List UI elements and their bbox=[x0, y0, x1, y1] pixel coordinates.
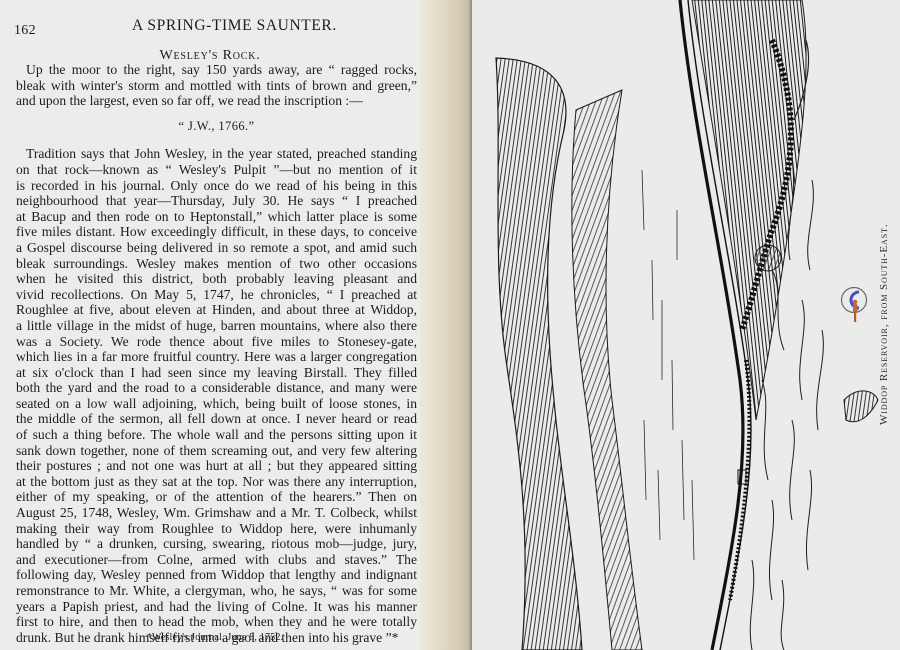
text-line: and executioner—from Colne, armed with c… bbox=[16, 552, 417, 568]
paragraph-2: Tradition says that John Wesley, in the … bbox=[16, 146, 417, 645]
footnote: *Wesley's Journal, June 8, 1752. bbox=[0, 632, 430, 643]
text-line: on that rock—known as “ Wesley's Pulpit … bbox=[16, 162, 417, 178]
text-line: following day, Wesley penned from Widdop… bbox=[16, 567, 417, 583]
text-line: at Bacup and then rode on to Heptonstall… bbox=[16, 209, 417, 225]
cursor-marker-icon bbox=[840, 286, 868, 330]
text-line: of such a thing before. The whole wall a… bbox=[16, 427, 417, 443]
text-line: first to hire, and then to head the mob,… bbox=[16, 614, 417, 630]
text-line: handled by “ a drunken, cursing, swearin… bbox=[16, 536, 417, 552]
text-line: vivid recollections. On May 5, 1747, he … bbox=[16, 287, 417, 303]
body-text: Up the moor to the right, say 150 yards … bbox=[16, 62, 417, 645]
left-page: 162 A SPRING-TIME SAUNTER. Wesley's Rock… bbox=[0, 0, 430, 650]
text-line: Tradition says that John Wesley, in the … bbox=[16, 146, 417, 162]
text-line: at the bottom just as they sat at the to… bbox=[16, 474, 417, 490]
text-line: at six o'clock than I had seen since my … bbox=[16, 365, 417, 381]
text-line: their postures ; and not one was hurt at… bbox=[16, 458, 417, 474]
text-line: Up the moor to the right, say 150 yards … bbox=[16, 62, 417, 78]
text-line: neighbourhood that year—Thursday, July 3… bbox=[16, 193, 417, 209]
text-line: remonstrance to Mr. White, a clergyman, … bbox=[16, 583, 417, 599]
text-line: making their way from Roughlee to Widdop… bbox=[16, 521, 417, 537]
text-line: a little village in the midst of huge, b… bbox=[16, 318, 417, 334]
text-line: the middle of the sermon, all fell down … bbox=[16, 411, 417, 427]
reservoir-engraving-illustration bbox=[472, 0, 900, 650]
right-page bbox=[472, 0, 900, 650]
text-line: and upon the largest, even so far off, w… bbox=[16, 93, 417, 109]
running-title: A SPRING-TIME SAUNTER. bbox=[132, 17, 337, 35]
text-line: both the yard and the road to a consider… bbox=[16, 380, 417, 396]
text-line: was a Society. We rode thence about five… bbox=[16, 334, 417, 350]
text-line: a Gospel discourse being delivered in so… bbox=[16, 240, 417, 256]
text-line: Roughlee at five, about eleven at Hinden… bbox=[16, 302, 417, 318]
text-line: is recorded in his journal. Only once do… bbox=[16, 178, 417, 194]
paragraph-1: Up the moor to the right, say 150 yards … bbox=[16, 62, 417, 109]
text-line: sank down together, none of them screami… bbox=[16, 443, 417, 459]
inscription: “ J.W., 1766.” bbox=[16, 119, 417, 135]
text-line: when he visited this district, both prob… bbox=[16, 271, 417, 287]
text-line: seated on a low wall adjoining, which, b… bbox=[16, 396, 417, 412]
book-spread: 162 A SPRING-TIME SAUNTER. Wesley's Rock… bbox=[0, 0, 900, 650]
illustration-caption: Widdop Reservoir, from South-East. bbox=[878, 224, 890, 426]
text-line: bleak surroundings. Wesley makes mention… bbox=[16, 256, 417, 272]
page-number: 162 bbox=[14, 23, 36, 39]
text-line: bleak with winter's storm and mottled wi… bbox=[16, 78, 417, 94]
book-gutter bbox=[420, 0, 472, 650]
text-line: either of my speaking, or of the attenti… bbox=[16, 489, 417, 505]
text-line: which lies in a far more fruitful countr… bbox=[16, 349, 417, 365]
text-line: five miles distant. How exceedingly diff… bbox=[16, 224, 417, 240]
running-head: 162 A SPRING-TIME SAUNTER. bbox=[0, 10, 430, 34]
text-line: August 25, 1748, Wesley, Wm. Grimshaw an… bbox=[16, 505, 417, 521]
text-line: years a Papish priest, and had the livin… bbox=[16, 599, 417, 615]
